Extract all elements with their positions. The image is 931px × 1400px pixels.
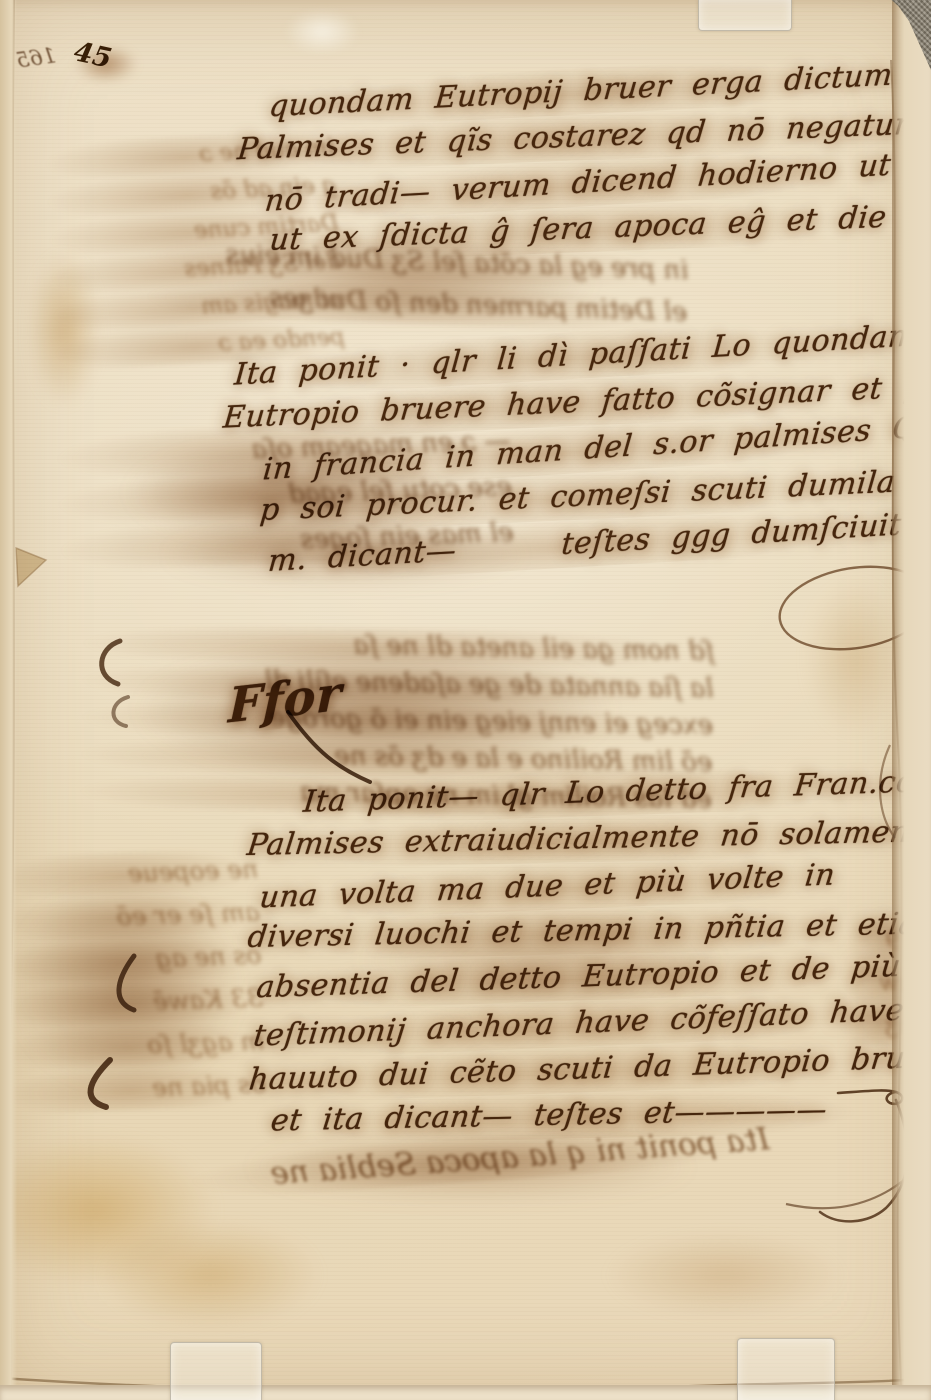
mirrored-corner-numeral: 165 [15, 43, 58, 72]
next-page-edge-right [892, 0, 931, 1400]
manuscript-photo: im aud ne ɔ g ein ad õs Dartim cune del … [0, 0, 931, 1400]
paragraph-3: Ita ponit— qlr Lo detto fra Fran.co Palm… [239, 760, 931, 1147]
paragraph-1: quondam Eutropij bruer erga dictum de Pa… [234, 52, 931, 268]
stain-bottom-left-wash-2 [60, 1200, 360, 1350]
stain-bottom-right [560, 1215, 890, 1335]
tape-tab-bottom-left [170, 1342, 262, 1400]
manuscript-page: im aud ne ɔ g ein ad õs Dartim cune del … [0, 0, 931, 1400]
verso-showthrough-left-band: ne eopeue am ſe er eõ os ne ag 33 Kawẽ m… [0, 847, 266, 1114]
paper-pale-patch [272, 2, 372, 62]
page-stack-edge-left [0, 0, 17, 1400]
tape-tab-top [698, 0, 792, 31]
flourished-word-ffor: Ffor [225, 666, 344, 734]
paragraph-2: Ita ponit · qlr li dì paſſati Lo quondam… [219, 314, 930, 585]
tape-tab-bottom-right [737, 1338, 835, 1400]
torn-paper-flap [16, 548, 46, 586]
